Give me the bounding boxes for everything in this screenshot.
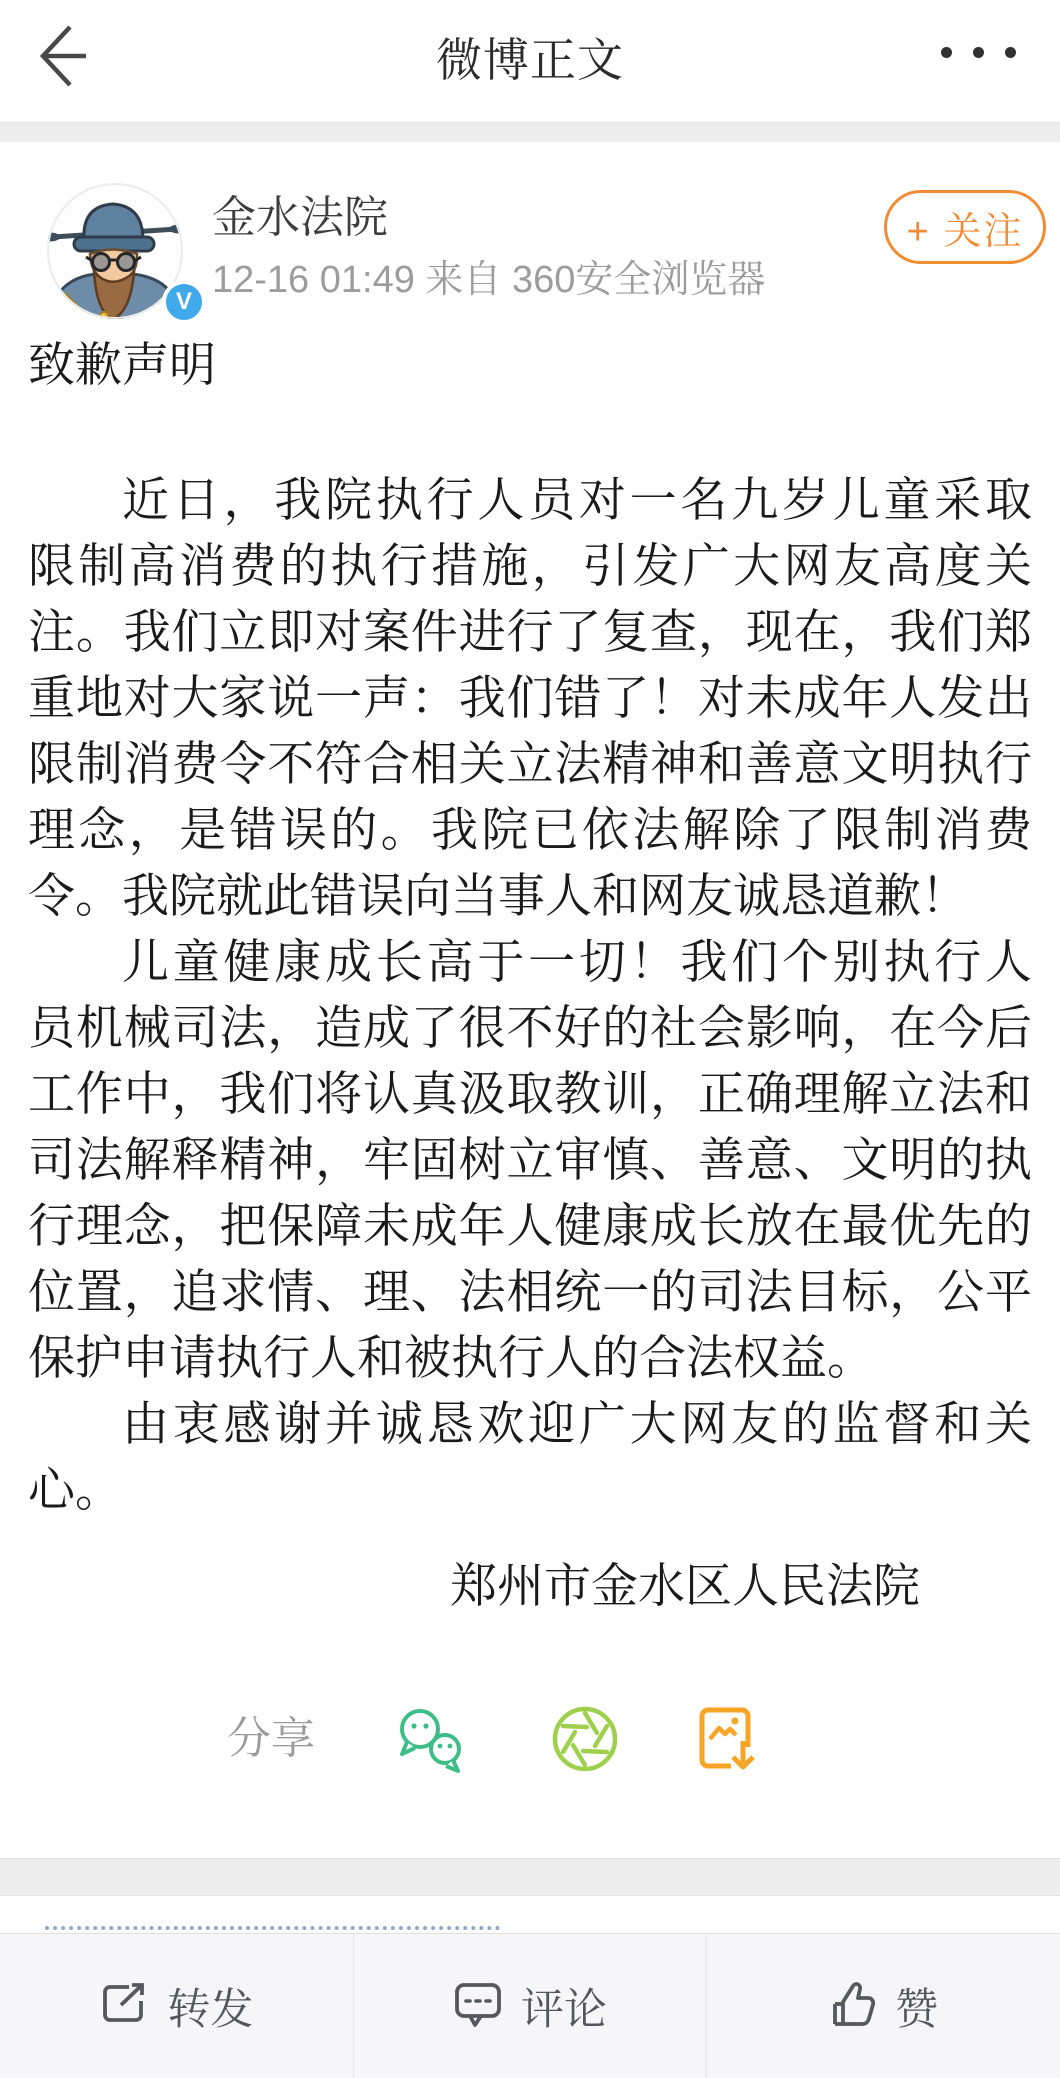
post-body-line: 限制高消费的执行措施，引发广大网友高度关 [28, 533, 1032, 599]
repost-label: 转发 [167, 1976, 253, 2037]
separator-band [0, 1858, 1060, 1896]
post-meta: 12-16 01:49 来自 360安全浏览器 [212, 256, 765, 304]
thumbs-up-icon [829, 1980, 877, 2033]
save-image-button[interactable] [697, 1705, 763, 1773]
separator-band [0, 122, 1060, 142]
repost-button[interactable]: 转发 [0, 1934, 353, 2078]
save-image-icon [697, 1705, 763, 1773]
post-body-line: 注。我们立即对案件进行了复查，现在，我们郑 [28, 599, 1032, 665]
post-body-line: 儿童健康成长高于一切！我们个别执行人 [28, 929, 1032, 995]
like-button[interactable]: 赞 [706, 1934, 1060, 2078]
recommendation-strip [0, 1896, 1060, 1933]
comment-icon [453, 1980, 503, 2033]
post-body-line: 行理念，把保障未成年人健康成长放在最优先的 [28, 1193, 1032, 1259]
avatar[interactable]: V [46, 182, 184, 320]
page-title: 微博正文 [0, 24, 1060, 90]
clipped-recommendation-text [45, 1926, 500, 1930]
dot-icon [973, 47, 984, 58]
like-label: 赞 [895, 1976, 938, 2037]
photo-share-button[interactable] [551, 1705, 619, 1773]
post-body-line: 理念，是错误的。我院已依法解除了限制消费 [28, 797, 1032, 863]
post-body: 近日，我院执行人员对一名九岁儿童采取 限制高消费的执行措施，引发广大网友高度关 … [28, 467, 1032, 1523]
post-body-line: 限制消费令不符合相关立法精神和善意文明执行 [28, 731, 1032, 797]
post-signature: 郑州市金水区人民法院 [28, 1553, 1032, 1619]
post-body-line: 司法解释精神，牢固树立审慎、善意、文明的执 [28, 1127, 1032, 1193]
post-body-line: 心。 [28, 1457, 1032, 1523]
dot-icon [1005, 47, 1016, 58]
author-name[interactable]: 金水法院 [212, 188, 765, 248]
post-body-line: 近日，我院执行人员对一名九岁儿童采取 [28, 467, 1032, 533]
aperture-camera-icon [551, 1705, 619, 1773]
author-info: 金水法院 12-16 01:49 来自 360安全浏览器 [212, 182, 765, 304]
post-body-line: 令。我院就此错误向当事人和网友诚恳道歉！ [28, 863, 1032, 929]
post-body-line: 保护申请执行人和被执行人的合法权益。 [28, 1325, 1032, 1391]
wechat-icon [393, 1704, 473, 1774]
author-row: V 金水法院 12-16 01:49 来自 360安全浏览器 + 关注 [46, 142, 1046, 320]
post-body-line: 位置，追求情、理、法相统一的司法目标，公平 [28, 1259, 1032, 1325]
post-title: 致歉声明 [28, 332, 1032, 398]
post-content: V 金水法院 12-16 01:49 来自 360安全浏览器 + 关注 致歉声明… [0, 142, 1060, 1774]
verified-badge-icon: V [162, 280, 206, 324]
post-body-line: 工作中，我们将认真汲取教训，正确理解立法和 [28, 1061, 1032, 1127]
bottom-action-bar: 转发 评论 赞 [0, 1933, 1060, 2078]
share-row: 分享 [28, 1704, 1032, 1774]
comment-label: 评论 [521, 1976, 607, 2037]
navbar: 微博正文 [0, 0, 1060, 122]
post-body-line: 由衷感谢并诚恳欢迎广大网友的监督和关 [28, 1391, 1032, 1457]
more-menu-button[interactable] [941, 30, 1016, 74]
dot-icon [941, 47, 952, 58]
wechat-share-button[interactable] [393, 1704, 473, 1774]
post-body-line: 重地对大家说一声：我们错了！对未成年人发出 [28, 665, 1032, 731]
follow-button[interactable]: + 关注 [884, 190, 1046, 264]
comment-button[interactable]: 评论 [353, 1934, 707, 2078]
post-body-line: 员机械司法，造成了很不好的社会影响，在今后 [28, 995, 1032, 1061]
share-label: 分享 [227, 1706, 315, 1772]
repost-icon [99, 1981, 149, 2032]
